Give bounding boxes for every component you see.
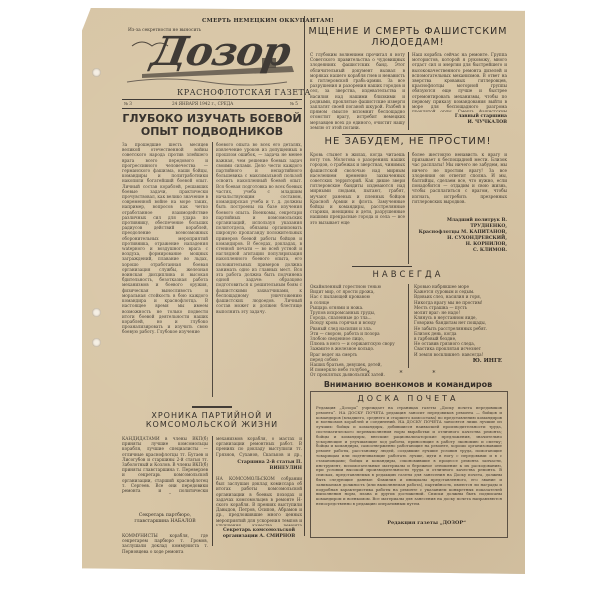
- honor-board-body: Редакция „Дозора“ учреждает на страницах…: [316, 406, 502, 514]
- poem-line: в гарбовый бездне,: [414, 336, 506, 341]
- issue-number: № 3: [124, 101, 132, 106]
- poem-line: Злобою сведенное лицо,: [310, 336, 405, 341]
- poem-line: перед собою: [310, 357, 405, 362]
- poem-line: Плюнь в него — и сержантскую свору: [310, 341, 405, 346]
- poem-line: Месть страшна — пусть: [414, 305, 506, 310]
- revenge-article-col1: С глубоким волнением прочитал я ноту Сов…: [310, 52, 405, 132]
- poem-line: Никогда врагу мы не простим!: [414, 300, 506, 305]
- honor-board-box: [310, 391, 508, 538]
- revenge-article-col2: Наш корабль сейчас на ремонте. Группа мо…: [412, 52, 507, 112]
- revenge-signature-title: Главный старшина: [412, 114, 507, 120]
- never-forget-col1: Кровь стынет в жилах, когда читаешь ноту…: [310, 152, 405, 262]
- never-forget-col2: более жестокую ненависть к врагу и призы…: [412, 152, 507, 214]
- revenge-signature-name: И. ЧУЧКАЛОВ: [412, 120, 507, 126]
- poem-line: Клянусь в неустанном яиде,: [414, 315, 506, 320]
- poem-line: Свастика проклятая исчезнет: [414, 346, 506, 351]
- submarine-illustration-icon: [122, 36, 302, 86]
- chronicle-col2: механизмов корабля, о мастах и организац…: [216, 436, 302, 458]
- poem-line: Эти — сворою, работа и позора: [310, 331, 405, 336]
- poem-col1: Окаймленный горестною теньюВидит мир, от…: [310, 284, 405, 378]
- poem-line: Рыщарь огнями и ножа.: [310, 305, 405, 310]
- honor-board-signature: Редакция газеты „ДОЗОР“: [316, 520, 466, 526]
- poem-line: Города, спаленные до тла...: [310, 315, 405, 320]
- punch-hole: [92, 308, 101, 317]
- poem-line: Кажется суровым и седым.: [414, 289, 506, 294]
- masthead-title: Дозор: [148, 28, 294, 75]
- date-line: 24 ЯНВАРЯ 1942 г., СРЕДА: [172, 101, 233, 106]
- section-stars: * * *: [308, 370, 508, 377]
- poem-line: Не забыть расстрелянных ребят.: [414, 326, 506, 331]
- lead-headline: ГЛУБОКО ИЗУЧАТЬ БОЕВОЙ ОПЫТ ПОДВОДНИКОВ: [122, 112, 302, 138]
- chronicle-col1: КАНДИДАТАМИ в члены ВКП(б) приняты лучши…: [122, 436, 208, 494]
- poem-line: Трупов искромсанных груды,: [310, 310, 405, 315]
- poem-col2: Кровью набрякшее мореКажется суровым и с…: [414, 284, 506, 357]
- poem-line: Зажмите в железное кольцо.: [310, 346, 405, 351]
- chronicle-col2-signature: Старшина 2-й статьи П. ВИНЕУЛИН: [216, 460, 302, 472]
- poem-title: НАВСЕГДА: [308, 270, 508, 280]
- poem-line: Враг ведет на смерть: [310, 352, 405, 357]
- honor-board-title: ДОСКА ПОЧЕТА: [310, 394, 506, 403]
- poem-line: Окаймленный горестною тенью: [310, 284, 405, 289]
- never-forget-headline: НЕ ЗАБУДЕМ, НЕ ПРОСТИМ!: [308, 136, 508, 147]
- chronicle-headline: ХРОНИКА ПАРТИЙНОЙ И КОМСОМОЛЬСКОЙ ЖИЗНИ: [122, 411, 302, 429]
- copy-number: № 5: [290, 101, 298, 106]
- lead-article-col1: За прошедшие шесть месяцев великой отече…: [122, 142, 208, 397]
- poem-line: И земля воскликнет: навсегда!: [414, 352, 506, 357]
- honor-board-kicker: Вниманию военкомов и командиров: [308, 380, 508, 389]
- masthead-subtitle: КРАСНОФЛОТСКАЯ ГАЗЕТА: [177, 88, 311, 97]
- poem-line: Вдовьих слез, насилия и горя,: [414, 294, 506, 299]
- masthead-note: Из-за секретности не выносить: [128, 28, 201, 33]
- chronicle-col3: НА КОМСОМОЛЬСКОМ собрании был заслушан д…: [216, 476, 302, 526]
- chronicle-col4: КОММУНИСТЫ корабля, где секретарем парбю…: [122, 533, 208, 555]
- poem-line: Наших братьев, девушек, детей,: [310, 362, 405, 367]
- poem-line: Не оставив грязного следа,: [414, 341, 506, 346]
- revenge-headline: МЩЕНИЕ И СМЕРТЬ ФАШИСТСКИМ ЛЮДОЕДАМ!: [308, 26, 508, 48]
- poem-line: Нас с пылающей кровавою: [310, 294, 405, 299]
- punch-hole: [92, 68, 101, 77]
- never-forget-signatures: Младший политрук В. ТРУДНЕНКО, Краснофло…: [412, 218, 507, 254]
- poem-line: в солнце: [310, 300, 405, 305]
- poem-line: Видит мир, от ярости дрожа,: [310, 289, 405, 294]
- poem-line: Рваный след насилия и зла.: [310, 326, 405, 331]
- lead-article-col2: боевого опыта во всех его деталях, извле…: [216, 142, 302, 397]
- poem-line: Всюду кровь горячая и всюду: [310, 320, 405, 325]
- chronicle-col3-signature: Секретарь комсомольской организации А. С…: [216, 528, 302, 540]
- poem-line: Говорим: бандитам нет пощады,: [414, 320, 506, 325]
- chronicle-col1-signature: Секретарь партбюро, главстаршина НАБАЛОВ: [122, 513, 208, 525]
- poem-line: Близок день, когда: [414, 331, 506, 336]
- masthead-slogan: СМЕРТЬ НЕМЕЦКИМ ОККУПАНТАМ!: [202, 18, 334, 24]
- poem-line: Кровью набрякшее море: [414, 284, 506, 289]
- punch-hole: [92, 338, 101, 347]
- poem-line: И померкло небо голубое: [310, 367, 405, 372]
- poem-line: От проклятых дьявольских затей.: [310, 372, 405, 377]
- newspaper-page: СМЕРТЬ НЕМЕЦКИМ ОККУПАНТАМ! Из-за секрет…: [82, 8, 525, 574]
- poem-line: молит враг: не надо!: [414, 310, 506, 315]
- poem-author: Ю. ИНГЕ: [412, 358, 502, 364]
